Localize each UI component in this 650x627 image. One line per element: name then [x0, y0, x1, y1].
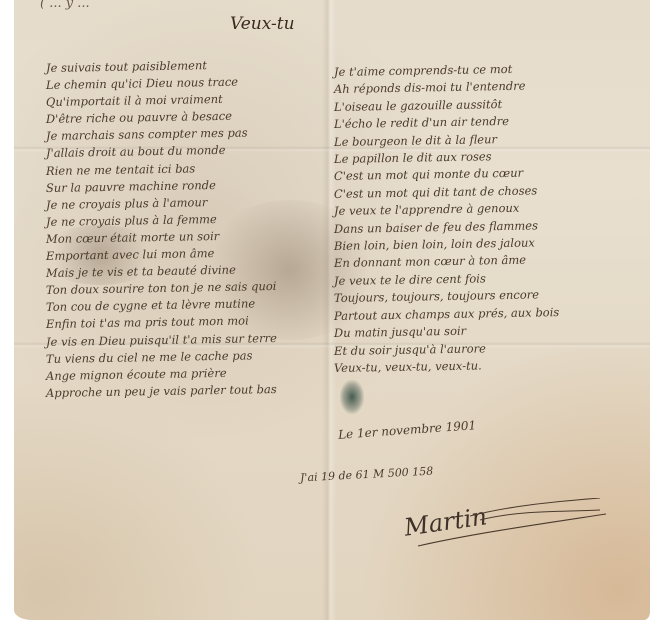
top-scrawl-text: ( ... y ... — [40, 0, 90, 11]
poem-left-column: Je suivais tout paisiblement Le chemin q… — [46, 60, 277, 402]
poem-line: Approche un peu je vais parler tout bas — [46, 381, 277, 402]
poem-line: Veux-tu, veux-tu, veux-tu. — [334, 356, 560, 377]
poem-right-column: Je t'aime comprends-tu ce mot Ah réponds… — [334, 64, 559, 377]
poem-title: Veux-tu — [230, 14, 295, 34]
signature-flourish-icon — [410, 498, 610, 550]
ink-blot — [340, 380, 364, 414]
